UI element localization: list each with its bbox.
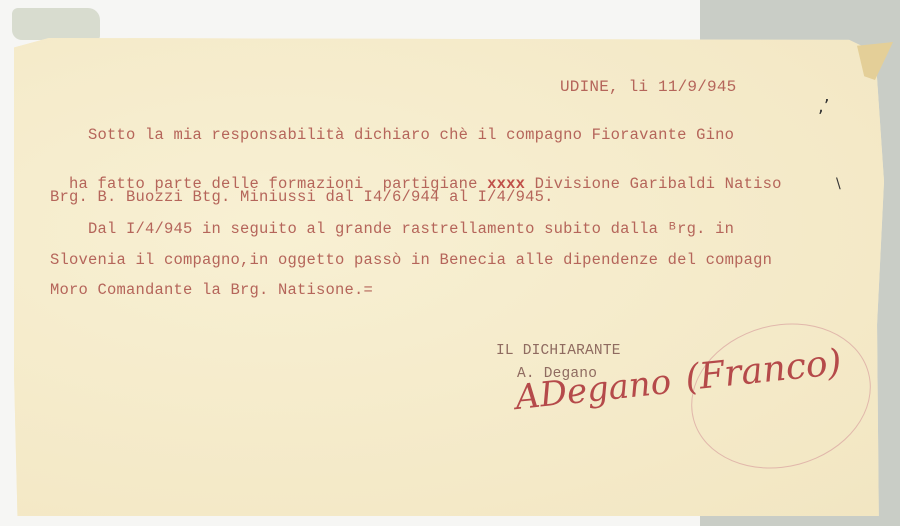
body-line-2-end: Divisione Garibaldi Natiso — [525, 175, 782, 193]
body-line-5: Slovenia il compagno,in oggetto passò in… — [50, 251, 772, 269]
place-date: UDINE, li 11/9/945 — [560, 78, 736, 96]
body-line-4: Dal I/4/945 in seguito al grande rastrel… — [50, 220, 734, 238]
pen-mark-top: ,’ — [818, 96, 829, 117]
body-line-3: Brg. B. Buozzi Btg. Miniussi dal I4/6/94… — [50, 188, 554, 206]
body-line-6: Moro Comandante la Brg. Natisone.= — [50, 281, 373, 299]
torn-paper-scrap — [12, 8, 100, 40]
pen-tick: \ — [836, 176, 841, 192]
declarant-title: IL DICHIARANTE — [496, 343, 621, 359]
body-line-1: Sotto la mia responsabilità dichiaro chè… — [50, 126, 734, 144]
